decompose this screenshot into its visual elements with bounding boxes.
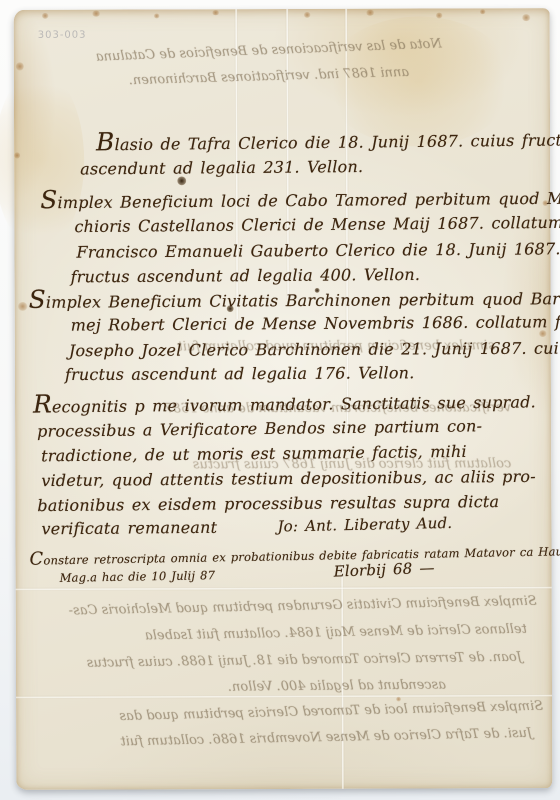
- paper-sheet: 303-003 Nota de las verificaciones de Be…: [14, 8, 553, 790]
- foxing-spot: [154, 13, 160, 18]
- certification-date: Mag.a hac die 10 Julij 87: [60, 568, 216, 585]
- bleedthrough-line: ascendunt ad legalia 400. Vellon.: [166, 677, 446, 695]
- ink-text-line: fructus ascendunt ad legalia 400. Vellon…: [71, 265, 421, 286]
- ink-blot: [177, 176, 186, 185]
- ink-text-line: processibus a Verificatore Bendos sine p…: [37, 416, 482, 440]
- ink-text-line: verificata remaneant: [41, 518, 217, 539]
- foxing-spot: [480, 9, 486, 14]
- ink-text-line: bationibus ex eisdem processibus resulta…: [37, 492, 499, 515]
- ink-text-line: videtur, quod attentis testium depositio…: [41, 467, 536, 490]
- foxing-spot: [366, 10, 375, 16]
- ink-text-line: Josepho Jozel Clerico Barchinonen die 21…: [69, 339, 560, 361]
- ink-text-line: ascendunt ad legalia 231. Vellon.: [80, 157, 363, 178]
- ink-text-line: chioris Castellanos Clerici de Mense Mai…: [74, 213, 560, 237]
- foxing-spot: [14, 152, 20, 159]
- foxing-spot: [212, 10, 220, 15]
- foxing-spot: [436, 12, 443, 18]
- auditor-signature: Jo: Ant. Liberaty Aud.: [277, 514, 452, 536]
- bleedthrough-line: Joan. de Terrera Clerico Tamored die 18.…: [42, 650, 522, 672]
- paper-stain: [0, 70, 84, 250]
- bleedthrough-line: tellanos Clerici de Mense Maij 1684. col…: [42, 622, 527, 645]
- foxing-spot: [42, 13, 49, 19]
- archival-mark: 303-003: [38, 30, 87, 41]
- bleedthrough-line: Jusi. de Tafra Clerico de Mense Novembri…: [32, 726, 532, 751]
- ink-text-line: Blasio de Tafra Clerico die 18. Junij 16…: [96, 127, 560, 154]
- bleedthrough-line: Simplex Beneficium loci de Tamored Cleri…: [28, 699, 543, 727]
- notary-signature: Elorbij 68 —: [333, 559, 435, 581]
- foxing-spot: [522, 14, 531, 21]
- ink-text-line: Simplex Beneficium Civitatis Barchinonen…: [29, 286, 560, 312]
- foxing-spot: [92, 11, 101, 17]
- ink-text-line: Francisco Emanueli Gauberto Clerico die …: [76, 239, 560, 262]
- foxing-spot: [304, 12, 311, 18]
- manuscript-photo: 303-003 Nota de las verificaciones de Be…: [0, 0, 560, 800]
- foxing-spot: [16, 62, 24, 71]
- ink-text-line: mej Robert Clerici de Mense Novembris 16…: [71, 312, 560, 335]
- foxing-spot: [396, 697, 401, 702]
- fold-crease: [16, 694, 552, 699]
- ink-text-line: Simplex Beneficium loci de Cabo Tamored …: [40, 186, 560, 213]
- certification-line: Constare retroscripta omnia ex probation…: [29, 543, 560, 568]
- ink-text-line: fructus ascendunt ad legalia 176. Vellon…: [65, 363, 415, 384]
- foxing-spot: [18, 302, 28, 311]
- bleedthrough-line: Simplex Beneficium Civitatis Gerunden pe…: [32, 594, 537, 620]
- fold-crease: [16, 586, 552, 591]
